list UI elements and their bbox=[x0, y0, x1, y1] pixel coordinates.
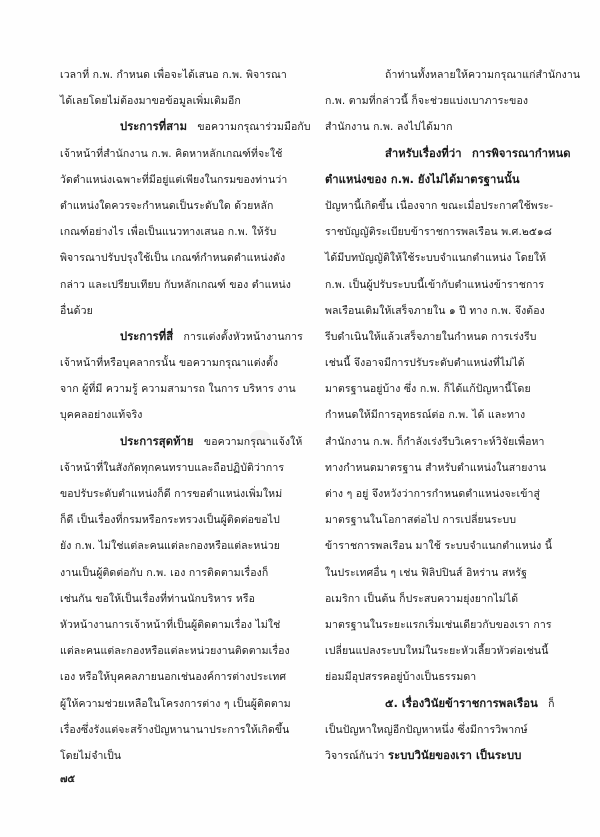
paragraph-start-last-point: ประการสุดท้าย ขอความกรุณาแจ้งให้ bbox=[60, 429, 310, 455]
text-line: จาก ผู้ที่มี ความรู้ ความสามารถ ในการ บร… bbox=[60, 376, 310, 402]
text-line: รีบดำเนินให้แล้วเสร็จภายในกำหนด การเร่งร… bbox=[325, 324, 575, 350]
text-line: ปัญหานี้เกิดขึ้น เนื่องจาก ขณะเมื่อประกา… bbox=[325, 193, 575, 219]
paragraph-start-fourth-point: ประการที่สี่ การแต่งตั้งหัวหน้างานการ bbox=[60, 324, 310, 350]
text-line: ราชบัญญัติระเบียบข้าราชการพลเรือน พ.ศ.๒๕… bbox=[325, 219, 575, 245]
text-line: ยัง ก.พ. ไม่ใช่แต่ละคนแต่ละกองหรือแต่ละห… bbox=[60, 533, 310, 559]
text-line: วัดตำแหน่งเฉพาะที่มีอยู่แต่เพียงในกรมของ… bbox=[60, 167, 310, 193]
page-number: ๗๕ bbox=[60, 772, 75, 787]
text-fragment: ขอความกรุณาร่วมมือกับ bbox=[197, 121, 310, 133]
document-page: เวลาที่ ก.พ. กำหนด เพื่อจะได้เสนอ ก.พ. พ… bbox=[0, 0, 600, 837]
section-heading: ประการที่สาม bbox=[120, 120, 187, 133]
text-line: งานเป็นผู้ติดต่อกับ ก.พ. เอง การติดตามเร… bbox=[60, 560, 310, 586]
text-line: ได้มีบทบัญญัติให้ใช้ระบบจำแนกตำแหน่ง โดย… bbox=[325, 245, 575, 271]
text-line-mixed: วิจารณ์กันว่า ระบบวินัยของเรา เป็นระบบ bbox=[325, 743, 575, 769]
text-line: ต่าง ๆ อยู่ จึงหวังว่าการกำหนดตำแหน่งจะเ… bbox=[325, 481, 575, 507]
text-line: เจ้าหน้าที่สำนักงาน ก.พ. คิดหาหลักเกณฑ์ท… bbox=[60, 141, 310, 167]
text-line: ก.พ. ตามที่กล่าวนี้ ก็จะช่วยแบ่งเบาภาระข… bbox=[325, 88, 575, 114]
text-line: เกณฑ์อย่างไร เพื่อเป็นแนวทางเสนอ ก.พ. ให… bbox=[60, 219, 310, 245]
text-line: กล่าว และเปรียบเทียบ กับหลักเกณฑ์ ของ ตำ… bbox=[60, 272, 310, 298]
text-line: กำหนดให้มีการอุทธรณ์ต่อ ก.พ. ได้ และทาง bbox=[325, 402, 575, 428]
text-line: เจ้าหน้าที่หรือบุคลากรนั้น ขอความกรุณาแต… bbox=[60, 350, 310, 376]
text-line: ตำแหน่งใดควรจะกำหนดเป็นระดับใด ด้วยหลัก bbox=[60, 193, 310, 219]
section-heading: ประการสุดท้าย bbox=[120, 435, 194, 448]
text-line: ทางกำหนดมาตรฐาน สำหรับตำแหน่งในสายงาน bbox=[325, 455, 575, 481]
text-line: สำนักงาน ก.พ. ลงไปได้มาก bbox=[325, 114, 575, 140]
text-line: พิจารณาปรับปรุงใช้เป็น เกณฑ์กำหนดตำแหน่ง… bbox=[60, 245, 310, 271]
text-line: หัวหน้างานการเจ้าหน้าที่เป็นผู้ติดตามเรื… bbox=[60, 612, 310, 638]
text-line-bold: ตำแหน่งของ ก.พ. ยังไม่ได้มาตรฐานนั้น bbox=[325, 167, 575, 193]
right-column: ถ้าท่านทั้งหลายให้ความกรุณาแก่สำนักงาน ก… bbox=[325, 62, 575, 769]
text-line: เรื่องซึ่งรังแต่จะสร้างปัญหานานาประการให… bbox=[60, 717, 310, 743]
paragraph-start-third-point: ประการที่สาม ขอความกรุณาร่วมมือกับ bbox=[60, 114, 310, 140]
text-fragment-bold: ระบบวินัยของเรา เป็นระบบ bbox=[388, 749, 521, 762]
text-line: เปลี่ยนแปลงระบบใหม่ในระยะหัวเลี้ยวหัวต่อ… bbox=[325, 638, 575, 664]
text-line: เช่นนี้ จึงอาจมีการปรับระดับตำแหน่งที่ไม… bbox=[325, 350, 575, 376]
text-line: ถ้าท่านทั้งหลายให้ความกรุณาแก่สำนักงาน bbox=[325, 62, 575, 88]
text-line: ได้เลยโดยไม่ต้องมาขอข้อมูลเพิ่มเติมอีก bbox=[60, 88, 310, 114]
left-column: เวลาที่ ก.พ. กำหนด เพื่อจะได้เสนอ ก.พ. พ… bbox=[60, 62, 310, 769]
text-line: เวลาที่ ก.พ. กำหนด เพื่อจะได้เสนอ ก.พ. พ… bbox=[60, 62, 310, 88]
text-line: เจ้าหน้าที่ในสังกัดทุกคนทราบและถือปฏิบัต… bbox=[60, 455, 310, 481]
paragraph-start-discipline: ๕. เรื่องวินัยข้าราชการพลเรือน ก็ bbox=[325, 691, 575, 717]
text-fragment: การพิจารณากำหนด bbox=[472, 147, 571, 160]
text-line: ข้าราชการพลเรือน มาใช้ ระบบจำแนกตำแหน่ง … bbox=[325, 533, 575, 559]
text-line: มาตรฐานในระยะแรกเริ่มเช่นเดียวกับของเรา … bbox=[325, 612, 575, 638]
text-line: ย่อมมีอุปสรรคอยู่บ้างเป็นธรรมดา bbox=[325, 664, 575, 690]
text-line: บุคคลอย่างแท้จริง bbox=[60, 402, 310, 428]
text-line: โดยไม่จำเป็น bbox=[60, 743, 310, 769]
text-line: มาตรฐานอยู่บ้าง ซึ่ง ก.พ. ก็ได้แก้ปัญหาน… bbox=[325, 376, 575, 402]
text-fragment: ก็ bbox=[548, 698, 554, 710]
text-line: พลเรือนเดิมให้เสร็จภายใน ๑ ปี ทาง ก.พ. จ… bbox=[325, 298, 575, 324]
text-line: อเมริกา เป็นต้น ก็ประสบความยุ่งยากไม่ได้ bbox=[325, 586, 575, 612]
text-line: เป็นปัญหาใหญ่อีกปัญหาหนึ่ง ซึ่งมีการวิพา… bbox=[325, 717, 575, 743]
text-line: ในประเทศอื่น ๆ เช่น ฟิลิปปินส์ อิหร่าน ส… bbox=[325, 560, 575, 586]
text-fragment: วิจารณ์กันว่า bbox=[325, 750, 388, 762]
section-heading: ๕. เรื่องวินัยข้าราชการพลเรือน bbox=[385, 697, 538, 710]
text-line: สำนักงาน ก.พ. ก็กำลังเร่งรีบวิเคราะห์วิจ… bbox=[325, 429, 575, 455]
text-fragment: การแต่งตั้งหัวหน้างานการ bbox=[184, 331, 303, 343]
text-fragment: ขอความกรุณาแจ้งให้ bbox=[204, 436, 302, 448]
text-line: แต่ละคนแต่ละกองหรือแต่ละหน่วยงานติดตามเร… bbox=[60, 638, 310, 664]
text-line: ขอปรับระดับตำแหน่งก็ดี การขอตำแหน่งเพิ่ม… bbox=[60, 481, 310, 507]
text-line: เอง หรือให้บุคคลภายนอกเช่นองค์การต่างประ… bbox=[60, 664, 310, 690]
section-heading: ประการที่สี่ bbox=[120, 330, 173, 343]
text-line: ก็ดี เป็นเรื่องที่กรมหรือกระทรวงเป็นผู้ต… bbox=[60, 507, 310, 533]
text-line: ผู้ให้ความช่วยเหลือในโครงการต่าง ๆ เป็นผ… bbox=[60, 691, 310, 717]
paragraph-start-standard: สำหรับเรื่องที่ว่า การพิจารณากำหนด bbox=[325, 141, 575, 167]
text-line: มาตรฐานในโอกาสต่อไป การเปลี่ยนระบบ bbox=[325, 507, 575, 533]
section-heading: สำหรับเรื่องที่ว่า bbox=[385, 147, 462, 160]
text-line: อื่นด้วย bbox=[60, 298, 310, 324]
text-line: ก.พ. เป็นผู้ปรับระบบนี้เข้ากับตำแหน่งข้า… bbox=[325, 272, 575, 298]
text-line: เช่นกัน ขอให้เป็นเรื่องที่ท่านนักบริหาร … bbox=[60, 586, 310, 612]
